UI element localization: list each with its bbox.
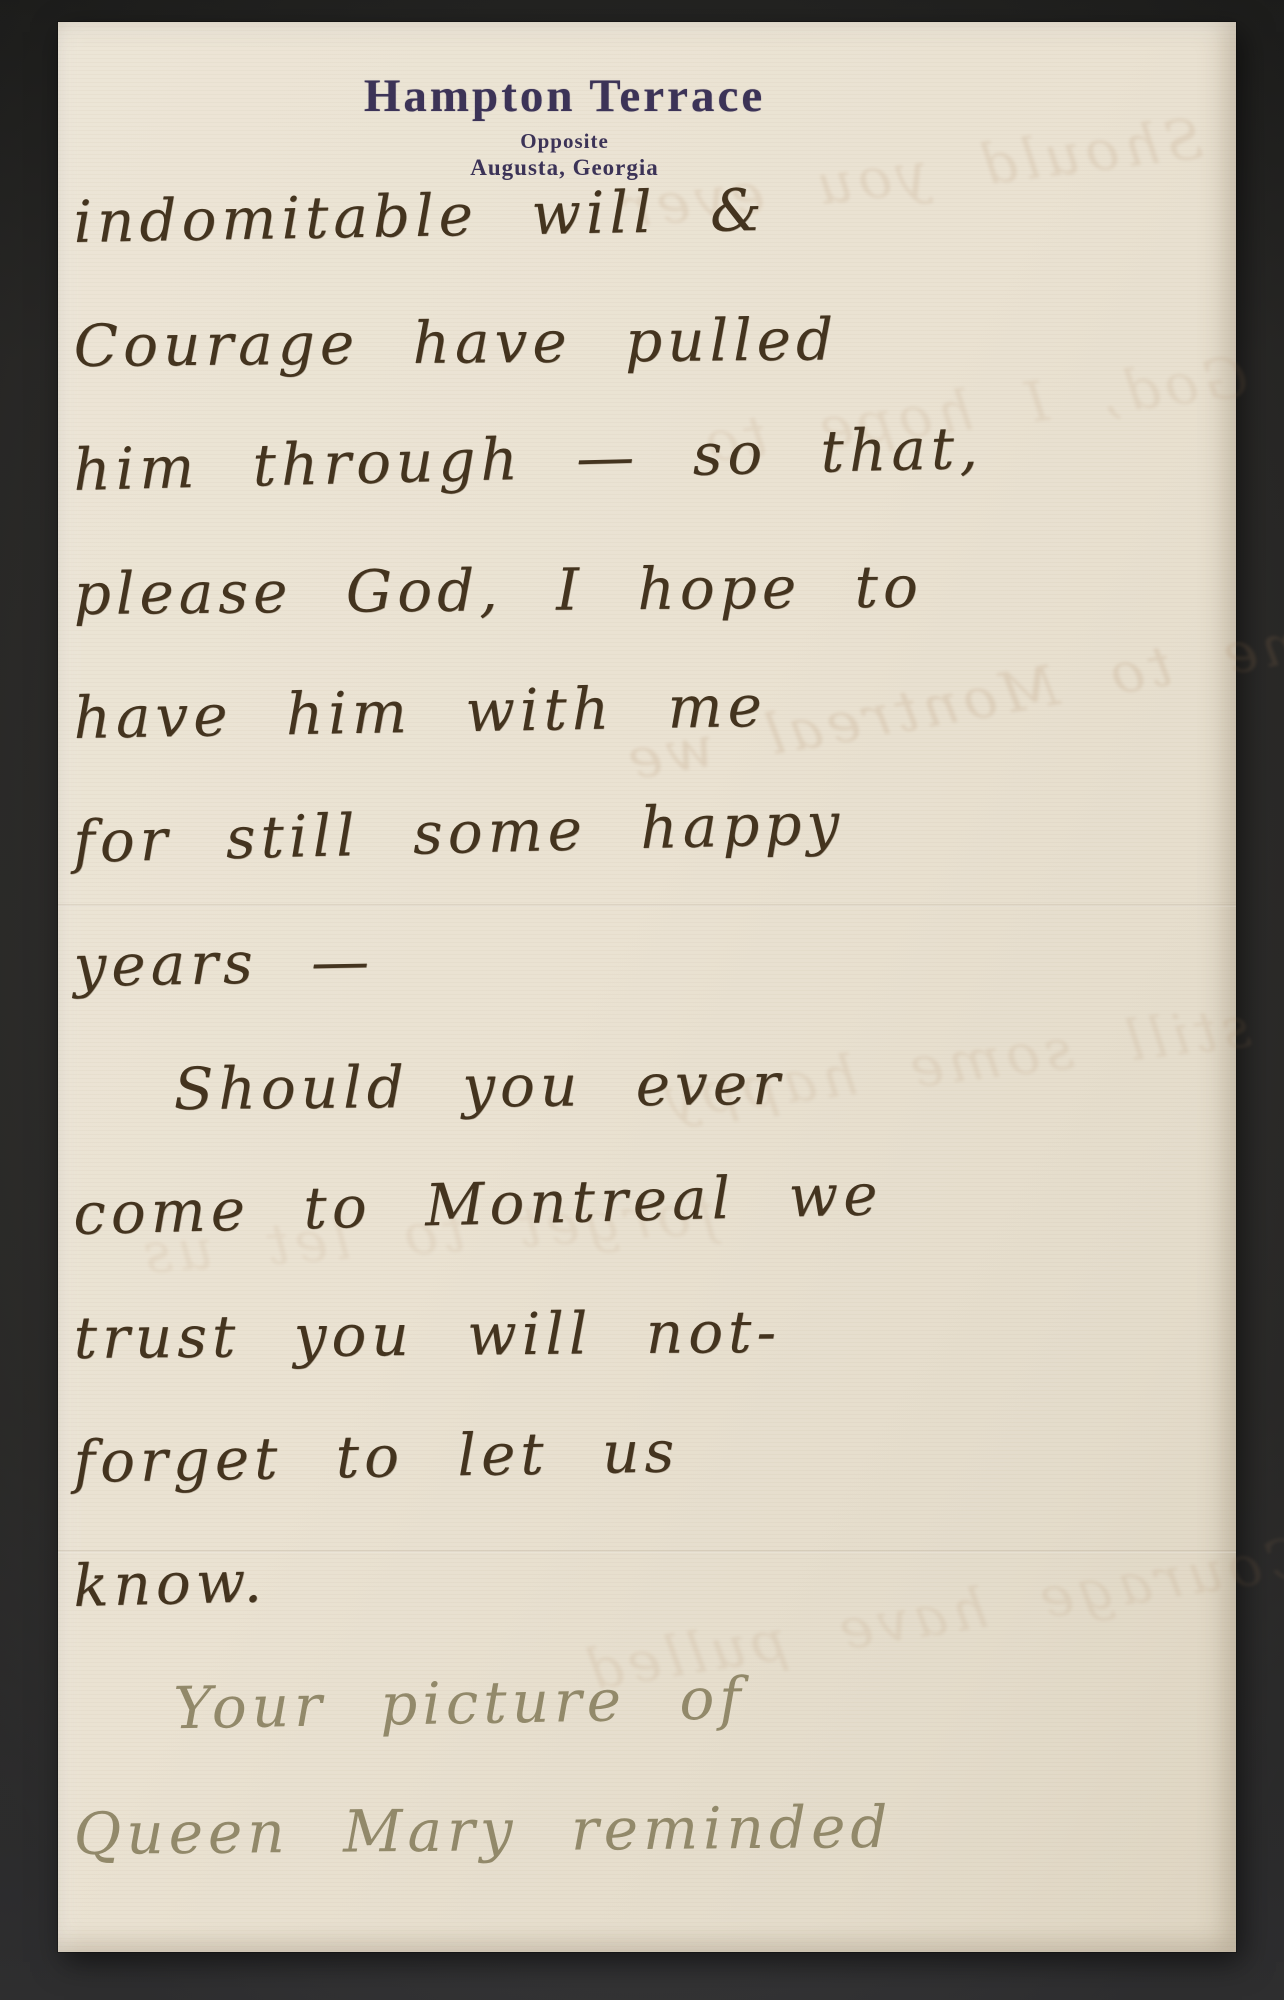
letter-line: Queen Mary reminded bbox=[73, 1790, 1230, 1924]
letter-line: trust you will not- bbox=[73, 1294, 1230, 1428]
letter-line: years — bbox=[73, 912, 1231, 1056]
letter-paper: Should you ever please God, I hope to co… bbox=[58, 22, 1236, 1952]
letter-line: indomitable will & bbox=[73, 168, 1231, 312]
letter-line: Your picture of bbox=[73, 1656, 1231, 1800]
letterhead-hotel-name: Hampton Terrace bbox=[58, 72, 1071, 121]
letter-line: please God, I hope to bbox=[73, 550, 1230, 684]
letterhead: Hampton Terrace Opposite Augusta, Georgi… bbox=[58, 72, 1071, 181]
letterhead-subtitle: Opposite bbox=[58, 129, 1071, 153]
handwritten-body: indomitable will &Courage have pulledhim… bbox=[74, 188, 1230, 1924]
